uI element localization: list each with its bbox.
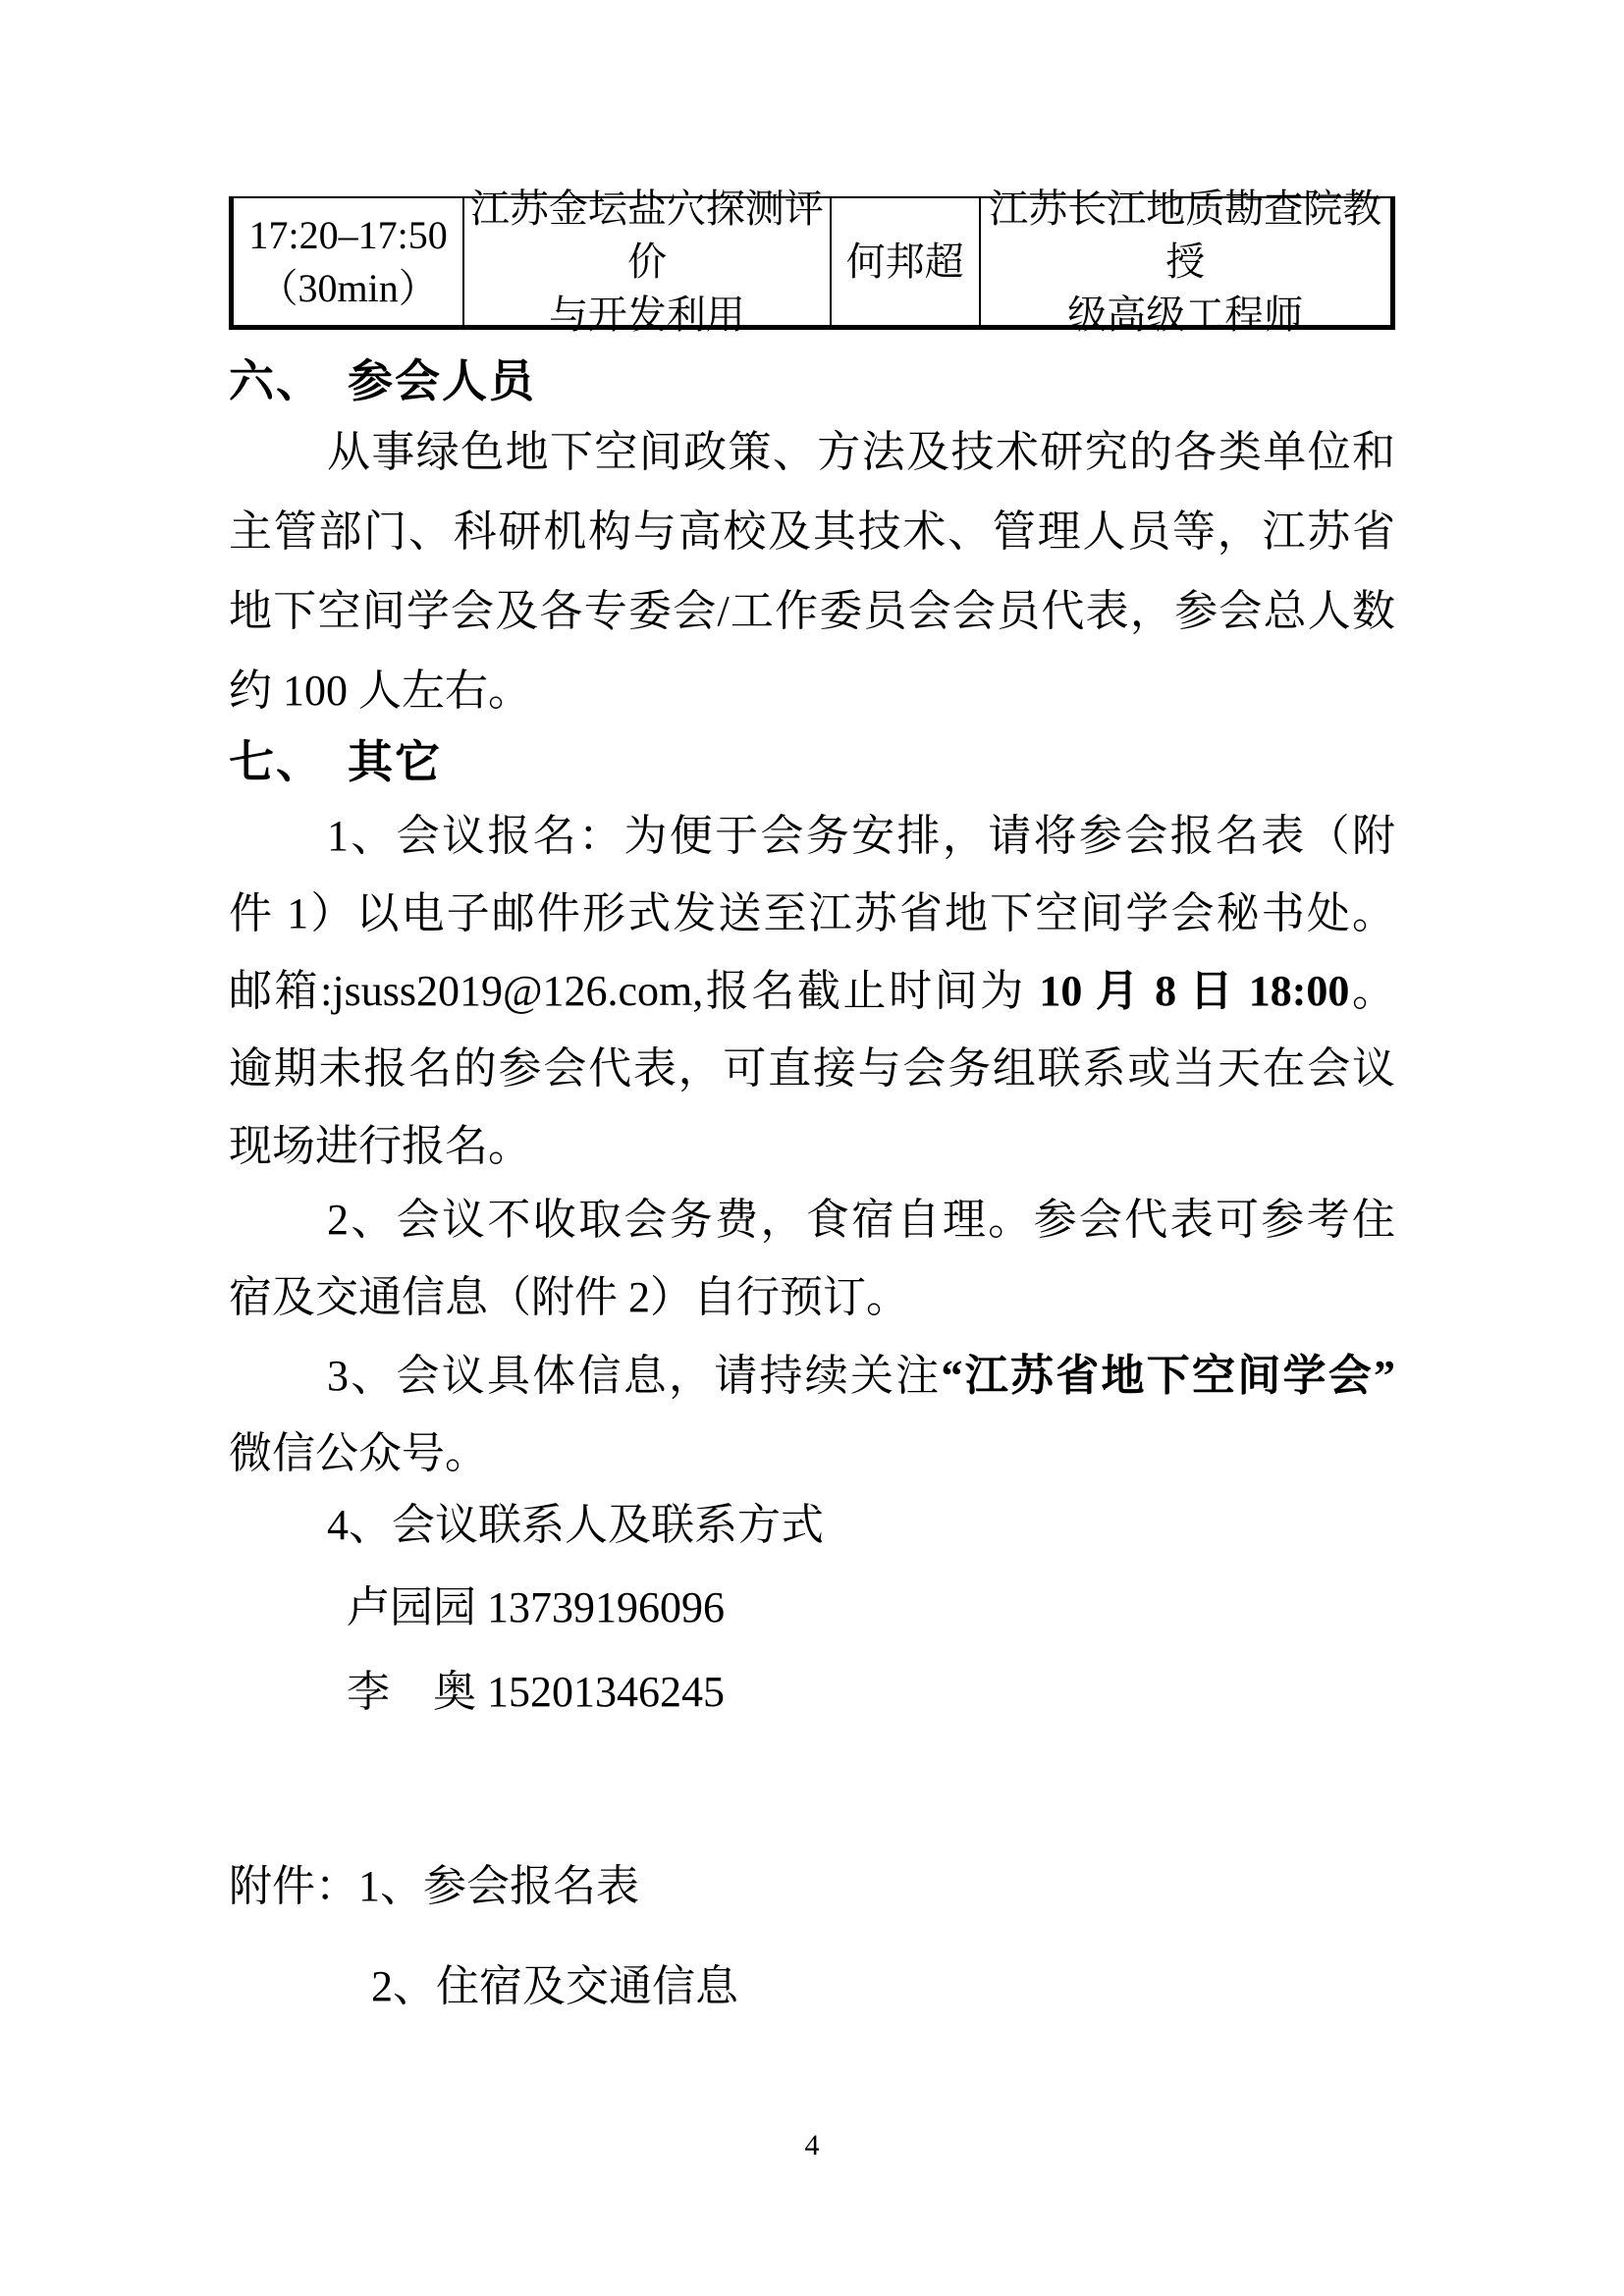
sentence-end: 。	[1349, 967, 1395, 1015]
item-4-paragraph: 4、会议联系人及联系方式	[229, 1486, 1395, 1564]
attachment-line: 2、住宿及交通信息	[229, 1948, 1538, 2025]
item-1-paragraph: 1、会议报名：为便于会务安排，请将参会报名表（附 件 1）以电子邮件形式发送至江…	[229, 797, 1395, 1185]
table-cell-speaker: 何邦超	[830, 198, 979, 325]
paragraph-line: 4、会议联系人及联系方式	[229, 1486, 1395, 1564]
contact-name-phone: 李 奥 15201346245	[347, 1653, 1513, 1731]
email-and-deadline-text: 邮箱:jsuss2019@126.com,报名截止时间为	[229, 967, 1039, 1015]
affiliation-line: 江苏长江地质勘查院教授	[981, 183, 1390, 289]
paragraph-line: 现场进行报名。	[229, 1107, 1395, 1185]
affiliation-line: 级高级工程师	[1067, 289, 1303, 342]
table-cell-topic: 江苏金坛盐穴探测评价 与开发利用	[462, 198, 829, 325]
paragraph-line: 微信公众号。	[229, 1415, 1395, 1492]
attachment-text: 附件：1、参会报名表	[229, 1847, 1395, 1925]
paragraph-line: 主管部门、科研机构与高校及其技术、管理人员等，江苏省	[229, 492, 1395, 571]
paragraph-line: 3、会议具体信息，请持续关注“江苏省地下空间学会”	[229, 1337, 1395, 1415]
deadline-bold: 10 月 8 日 18:00	[1039, 967, 1349, 1015]
item-3-text: 3、会议具体信息，请持续关注	[327, 1352, 942, 1400]
section-seven-heading: 七、 其它	[229, 732, 442, 791]
item-3-paragraph: 3、会议具体信息，请持续关注“江苏省地下空间学会” 微信公众号。	[229, 1337, 1395, 1492]
paragraph-line: 逾期未报名的参会代表，可直接与会务组联系或当天在会议	[229, 1030, 1395, 1107]
paragraph-line: 件 1）以电子邮件形式发送至江苏省地下空间学会秘书处。	[229, 875, 1395, 952]
paragraph-line: 地下空间学会及各专委会/工作委员会会员代表，参会总人数	[229, 571, 1395, 651]
topic-line: 江苏金坛盐穴探测评价	[464, 183, 829, 289]
paragraph-line: 宿及交通信息（附件 2）自行预订。	[229, 1258, 1395, 1336]
section-six-heading: 六、 参会人员	[229, 351, 536, 410]
time-range: 17:20–17:50	[249, 209, 448, 262]
contact-name-phone: 卢园园 13739196096	[347, 1569, 1513, 1646]
section-six-paragraph: 从事绿色地下空间政策、方法及技术研究的各类单位和 主管部门、科研机构与高校及其技…	[229, 412, 1395, 730]
contact-line: 李 奥 15201346245	[229, 1653, 1513, 1731]
table-cell-time: 17:20–17:50 （30min）	[234, 198, 462, 325]
attachment-line: 附件：1、参会报名表	[229, 1847, 1395, 1925]
time-duration: （30min）	[259, 262, 438, 315]
paragraph-line: 从事绿色地下空间政策、方法及技术研究的各类单位和	[229, 412, 1395, 492]
page-number: 4	[0, 2128, 1624, 2163]
document-page: 17:20–17:50 （30min） 江苏金坛盐穴探测评价 与开发利用 何邦超…	[0, 0, 1624, 2296]
attachment-text: 2、住宿及交通信息	[371, 1948, 1538, 2025]
item-2-paragraph: 2、会议不收取会务费，食宿自理。参会代表可参考住 宿及交通信息（附件 2）自行预…	[229, 1181, 1395, 1336]
speaker-name: 何邦超	[846, 236, 964, 289]
paragraph-line: 约 100 人左右。	[229, 651, 1395, 730]
contact-line: 卢园园 13739196096	[229, 1569, 1513, 1646]
paragraph-line: 2、会议不收取会务费，食宿自理。参会代表可参考住	[229, 1181, 1395, 1258]
paragraph-line: 1、会议报名：为便于会务安排，请将参会报名表（附	[229, 797, 1395, 875]
topic-line: 与开发利用	[549, 289, 745, 342]
paragraph-line: 邮箱:jsuss2019@126.com,报名截止时间为 10 月 8 日 18…	[229, 952, 1395, 1030]
schedule-table: 17:20–17:50 （30min） 江苏金坛盐穴探测评价 与开发利用 何邦超…	[229, 196, 1395, 330]
table-cell-affiliation: 江苏长江地质勘查院教授 级高级工程师	[979, 198, 1390, 325]
org-name-bold: “江苏省地下空间学会”	[942, 1352, 1396, 1400]
